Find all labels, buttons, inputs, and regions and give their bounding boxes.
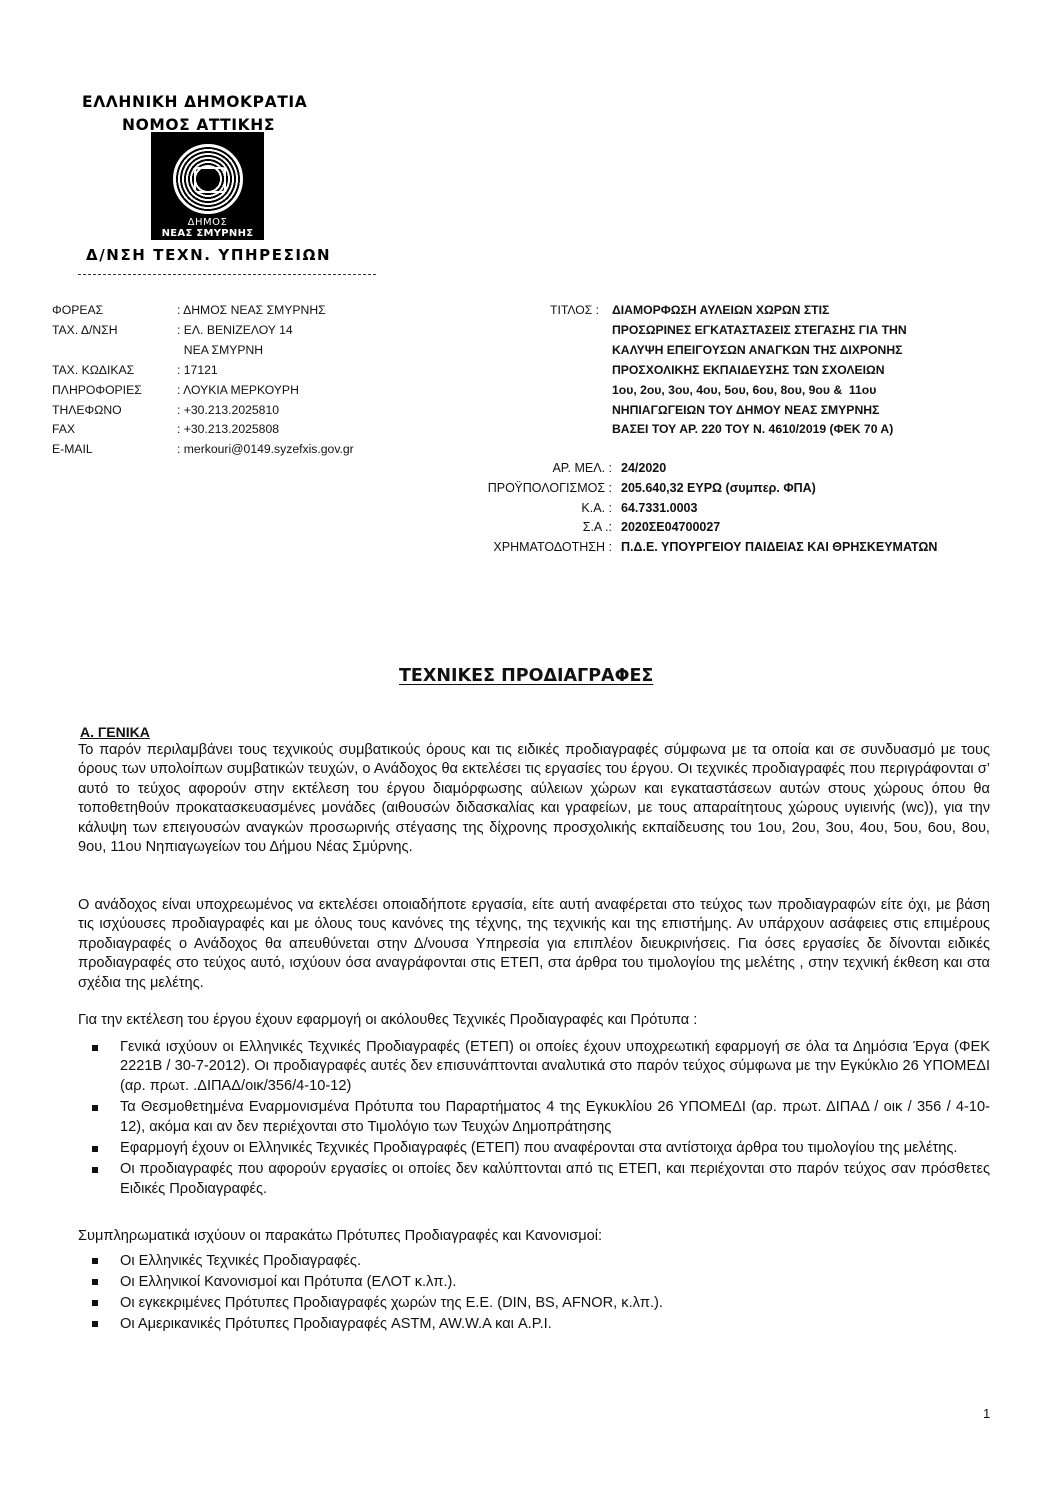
- list-item: Εφαρμογή έχουν οι Ελληνικές Τεχνικές Προ…: [90, 1139, 990, 1158]
- title-line: ΒΑΣΕΙ ΤΟΥ ΑΡ. 220 ΤΟΥ Ν. 4610/2019 (ΦΕΚ …: [612, 422, 893, 436]
- municipality-logo: ΔΗΜΟΣ ΝΕΑΣ ΣΜΥΡΝΗΣ: [151, 132, 264, 240]
- info-label: ΤΑΧ. ΚΩΔΙΚΑΣ: [52, 363, 134, 377]
- paragraph-general: Το παρόν περιλαμβάνει τους τεχνικούς συμ…: [78, 741, 990, 857]
- info-value: : ΔΗΜΟΣ ΝΕΑΣ ΣΜΥΡΝΗΣ: [177, 303, 326, 317]
- meta-value: Π.Δ.Ε. ΥΠΟΥΡΓΕΙΟΥ ΠΑΙΔΕΙΑΣ ΚΑΙ ΘΡΗΣΚΕΥΜΑ…: [621, 540, 937, 554]
- title-line: ΔΙΑΜΟΡΦΩΣΗ ΑΥΛΕΙΩΝ ΧΩΡΩΝ ΣΤΙΣ: [612, 303, 829, 317]
- meta-value: 24/2020: [621, 461, 666, 475]
- meta-value: 205.640,32 ΕΥΡΩ (συμπερ. ΦΠΑ): [621, 481, 816, 495]
- meta-label: ΧΡΗΜΑΤΟΔΟΤΗΣΗ :: [493, 540, 612, 554]
- list-item: Οι προδιαγραφές που αφορούν εργασίες οι …: [90, 1160, 990, 1199]
- info-label: ΤΑΧ. Δ/ΝΣΗ: [52, 323, 118, 337]
- title-line: ΠΡΟΣΧΟΛΙΚΗΣ ΕΚΠΑΙΔΕΥΣΗΣ ΤΩΝ ΣΧΟΛΕΙΩΝ: [612, 363, 885, 377]
- info-label: ΦΟΡΕΑΣ: [52, 303, 103, 317]
- list-item: Οι Αμερικανικές Πρότυπες Προδιαγραφές AS…: [90, 1314, 990, 1335]
- meta-label: Κ.Α. :: [581, 501, 612, 515]
- header-department: Δ/ΝΣΗ ΤΕΧΝ. ΥΠΗΡΕΣΙΩΝ: [86, 246, 331, 264]
- title-label: ΤΙΤΛΟΣ :: [550, 303, 599, 317]
- info-value: : ΕΛ. ΒΕΝΙΖΕΛΟΥ 14: [177, 323, 293, 337]
- info-label: E-MAIL: [52, 442, 93, 456]
- standards-list: Οι Ελληνικές Τεχνικές Προδιαγραφές. Οι Ε…: [90, 1251, 990, 1335]
- list-item: Τα Θεσμοθετημένα Εναρμονισμένα Πρότυπα τ…: [90, 1098, 990, 1137]
- title-line: ΠΡΟΣΩΡΙΝΕΣ ΕΓΚΑΤΑΣΤΑΣΕΙΣ ΣΤΕΓΑΣΗΣ ΓΙΑ ΤΗ…: [612, 323, 907, 337]
- document-title: ΤΕΧΝΙΚΕΣ ΠΡΟΔΙΑΓΡΑΦΕΣ: [399, 666, 653, 686]
- title-line: ΚΑΛΥΨΗ ΕΠΕΙΓΟΥΣΩΝ ΑΝΑΓΚΩΝ ΤΗΣ ΔΙΧΡΟΝΗΣ: [612, 343, 902, 357]
- header-country: ΕΛΛΗΝΙΚΗ ΔΗΜΟΚΡΑΤΙΑ: [82, 93, 307, 111]
- list-item: Οι Ελληνικές Τεχνικές Προδιαγραφές.: [90, 1251, 990, 1272]
- section-a-heading: Α. ΓΕΝΙΚΑ: [80, 724, 150, 740]
- meta-label: Σ.Α .:: [583, 520, 612, 534]
- logo-text-top: ΔΗΜΟΣ: [188, 217, 228, 228]
- seal-icon: [173, 144, 243, 214]
- info-value: : +30.213.2025810: [177, 403, 279, 417]
- logo-text-bottom: ΝΕΑΣ ΣΜΥΡΝΗΣ: [162, 228, 254, 239]
- header-divider: [78, 274, 376, 275]
- list-item: Οι Ελληνικοί Κανονισμοί και Πρότυπα (ΕΛΟ…: [90, 1272, 990, 1293]
- meta-value: 64.7331.0003: [621, 501, 697, 515]
- meta-label: ΑΡ. ΜΕΛ. :: [552, 461, 612, 475]
- specifications-list: Γενικά ισχύουν οι Ελληνικές Τεχνικές Προ…: [90, 1038, 990, 1199]
- info-value: : merkouri@0149.syzefxis.gov.gr: [177, 442, 354, 456]
- meta-label: ΠΡΟΫΠΟΛΟΓΙΣΜΟΣ :: [488, 481, 612, 495]
- list-item: Οι εγκεκριμένες Πρότυπες Προδιαγραφές χω…: [90, 1293, 990, 1314]
- page-number: 1: [983, 1406, 990, 1421]
- info-value: : 17121: [177, 363, 218, 377]
- paragraph-contractor: Ο ανάδοχος είναι υποχρεωμένος να εκτελέσ…: [78, 896, 990, 993]
- list2-intro: Συμπληρωματικά ισχύουν οι παρακάτω Πρότυ…: [78, 1228, 602, 1244]
- list-item: Γενικά ισχύουν οι Ελληνικές Τεχνικές Προ…: [90, 1038, 990, 1096]
- list1-intro: Για την εκτέλεση του έργου έχουν εφαρμογ…: [78, 1012, 697, 1028]
- title-line: ΝΗΠΙΑΓΩΓΕΙΩΝ ΤΟΥ ΔΗΜΟΥ ΝΕΑΣ ΣΜΥΡΝΗΣ: [612, 403, 879, 417]
- meta-value: 2020ΣΕ04700027: [621, 520, 720, 534]
- title-line: 1ου, 2ου, 3ου, 4ου, 5ου, 6ου, 8ου, 9ου &…: [612, 383, 876, 397]
- info-value: : +30.213.2025808: [177, 422, 279, 436]
- info-label: FAX: [52, 422, 75, 436]
- info-value: : ΛΟΥΚΙΑ ΜΕΡΚΟΥΡΗ: [177, 383, 299, 397]
- info-label: ΤΗΛΕΦΩΝΟ: [52, 403, 122, 417]
- info-value: ΝΕΑ ΣΜΥΡΝΗ: [177, 343, 263, 357]
- info-label: ΠΛΗΡΟΦΟΡΙΕΣ: [52, 383, 142, 397]
